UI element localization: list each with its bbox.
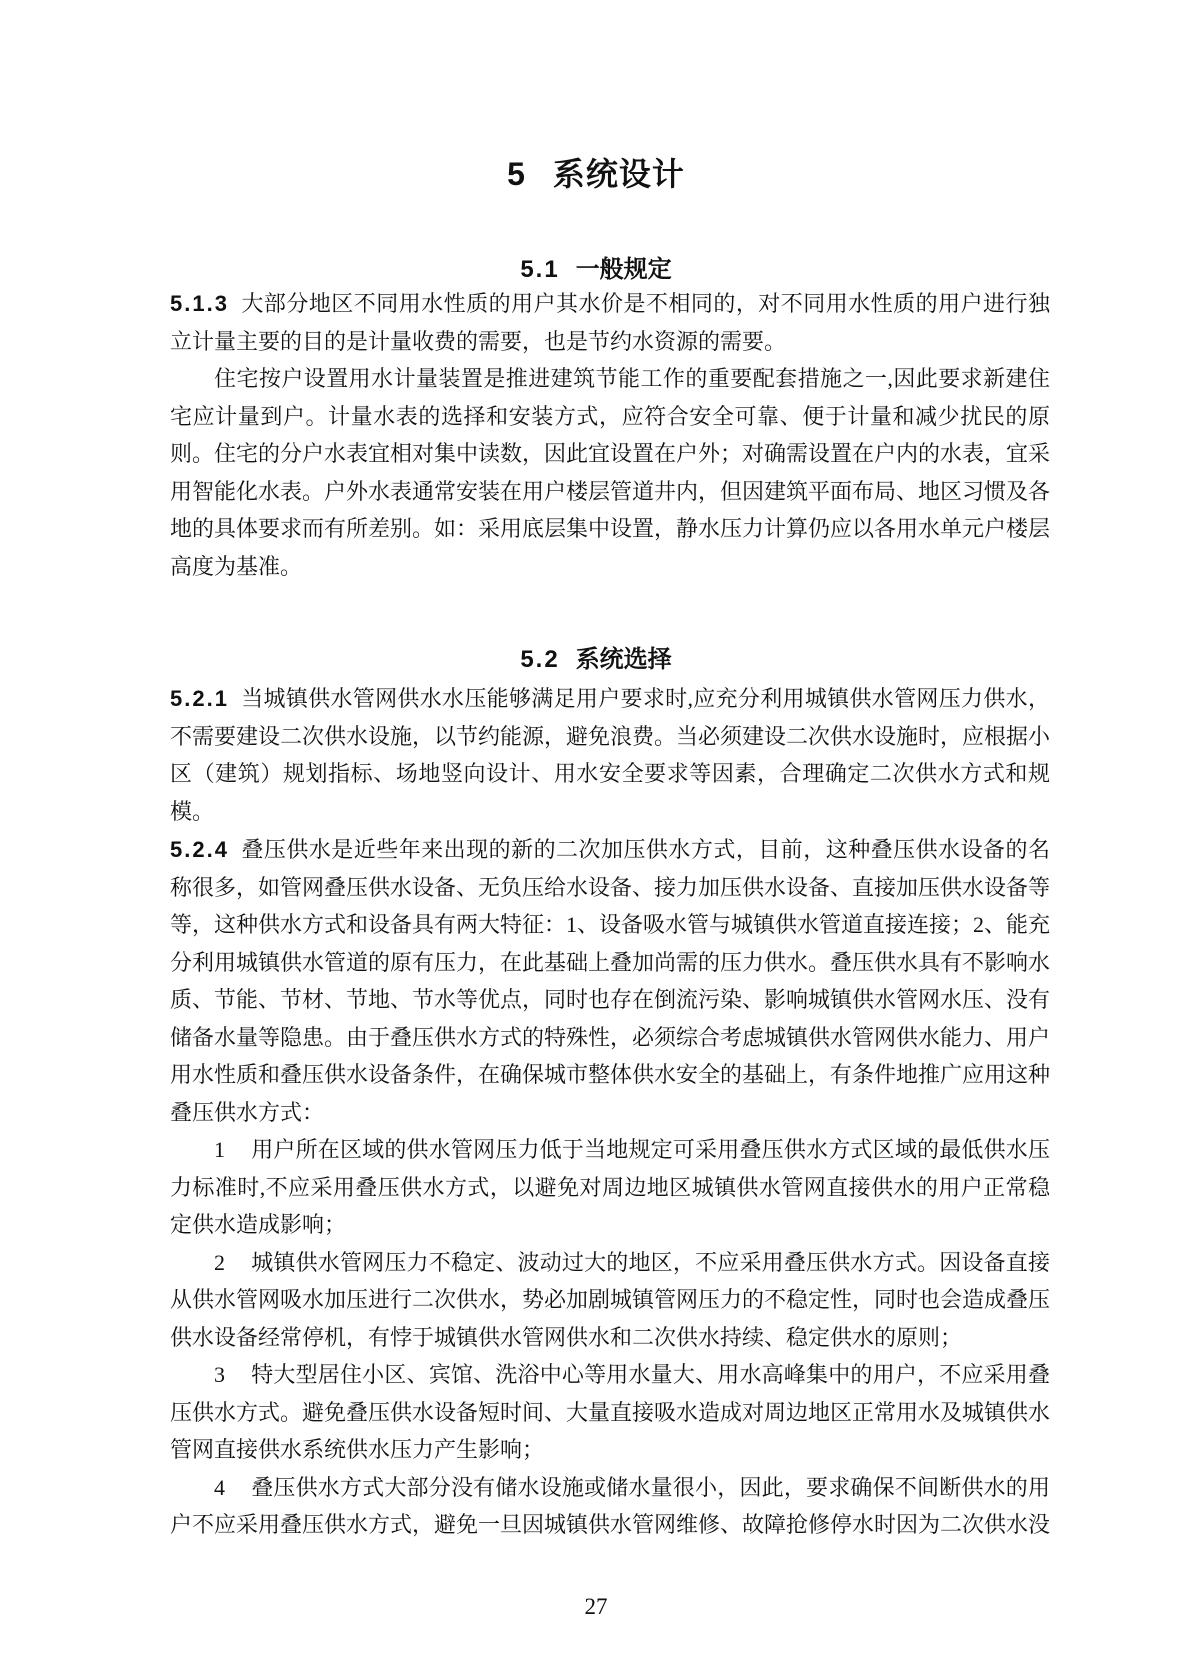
- clause-text: 当城镇供水管网供水水压能够满足用户要求时,应充分利用城镇供水管网压力供水，不需要…: [170, 686, 1050, 824]
- section-name: 一般规定: [576, 256, 672, 283]
- section-number: 5.1: [520, 256, 559, 283]
- item-number: 1: [214, 1137, 225, 1162]
- item-number: 2: [214, 1250, 225, 1275]
- commentary-paragraph: 住宅按户设置用水计量装置是推进建筑节能工作的重要配套措施之一,因此要求新建住宅应…: [170, 360, 1050, 585]
- page-number: 27: [156, 1592, 1036, 1622]
- item-number: 4: [214, 1475, 225, 1500]
- item-text: 特大型居住小区、宾馆、洗浴中心等用水量大、用水高峰集中的用户，不应采用叠压供水方…: [170, 1362, 1050, 1462]
- clause-5-1-3: 5.1.3大部分地区不同用水性质的用户其水价是不相同的，对不同用水性质的用户进行…: [170, 285, 1050, 360]
- item-text: 城镇供水管网压力不稳定、波动过大的地区，不应采用叠压供水方式。因设备直接从供水管…: [170, 1250, 1050, 1350]
- document-page: 5系统设计 5.1一般规定 5.1.3大部分地区不同用水性质的用户其水价是不相同…: [0, 0, 1188, 1680]
- clause-text: 叠压供水是近些年来出现的新的二次加压供水方式，目前，这种叠压供水设备的名称很多，…: [170, 837, 1050, 1125]
- item-number: 3: [214, 1362, 225, 1387]
- clause-text: 大部分地区不同用水性质的用户其水价是不相同的，对不同用水性质的用户进行独立计量主…: [170, 291, 1050, 354]
- item-text: 用户所在区域的供水管网压力低于当地规定可采用叠压供水方式区域的最低供水压力标准时…: [170, 1137, 1050, 1237]
- list-item-1: 1用户所在区域的供水管网压力低于当地规定可采用叠压供水方式区域的最低供水压力标准…: [170, 1131, 1050, 1244]
- clause-number: 5.1.3: [170, 291, 229, 316]
- section-name: 系统选择: [576, 646, 672, 673]
- list-item-2: 2城镇供水管网压力不稳定、波动过大的地区，不应采用叠压供水方式。因设备直接从供水…: [170, 1244, 1050, 1357]
- clause-number: 5.2.1: [170, 686, 229, 711]
- chapter-name: 系统设计: [553, 156, 685, 192]
- chapter-number: 5: [507, 156, 525, 192]
- section-heading-5-1: 5.1一般规定: [156, 256, 1036, 284]
- clause-5-2-4: 5.2.4叠压供水是近些年来出现的新的二次加压供水方式，目前，这种叠压供水设备的…: [170, 831, 1050, 1131]
- list-item-4: 4叠压供水方式大部分没有储水设施或储水量很小，因此，要求确保不间断供水的用户不应…: [170, 1469, 1050, 1544]
- list-item-3: 3特大型居住小区、宾馆、洗浴中心等用水量大、用水高峰集中的用户，不应采用叠压供水…: [170, 1356, 1050, 1469]
- section-number: 5.2: [520, 646, 559, 673]
- clause-number: 5.2.4: [170, 837, 229, 862]
- item-text: 叠压供水方式大部分没有储水设施或储水量很小，因此，要求确保不间断供水的用户不应采…: [170, 1475, 1050, 1538]
- chapter-title: 5系统设计: [156, 156, 1036, 192]
- section-heading-5-2: 5.2系统选择: [156, 646, 1036, 674]
- clause-5-2-1: 5.2.1当城镇供水管网供水水压能够满足用户要求时,应充分利用城镇供水管网压力供…: [170, 680, 1050, 830]
